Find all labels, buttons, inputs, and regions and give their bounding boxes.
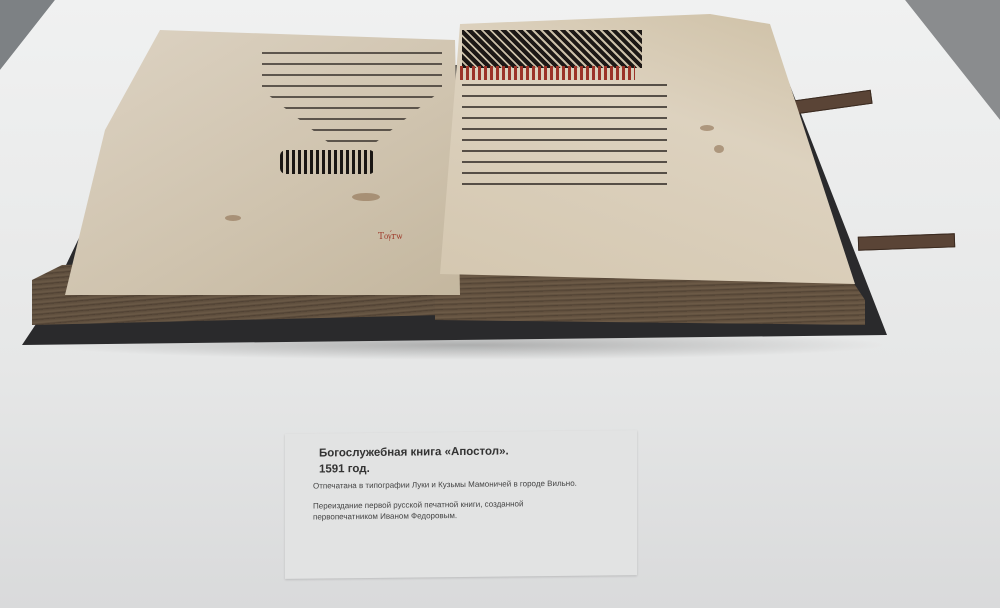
- label-title-line2: 1591 год.: [319, 458, 619, 477]
- headpiece-ornament-icon: [462, 30, 642, 68]
- right-page-text: [462, 84, 667, 194]
- stain: [225, 215, 241, 221]
- stain: [700, 125, 714, 131]
- label-title: Богослужебная книга «Апостол». 1591 год.: [319, 442, 619, 477]
- rubric-heading: [460, 66, 635, 80]
- stain: [352, 193, 380, 201]
- marginalia: Тѹ́гѡ: [378, 231, 402, 242]
- label-paragraph-1: Отпечатана в типографии Луки и Кузьмы Ма…: [313, 478, 633, 490]
- ornament-icon: [280, 150, 375, 174]
- label-paragraph-2: Переиздание первой русской печатной книг…: [313, 498, 553, 523]
- stain: [714, 145, 724, 153]
- exhibit-label: Богослужебная книга «Апостол». 1591 год.…: [285, 430, 637, 579]
